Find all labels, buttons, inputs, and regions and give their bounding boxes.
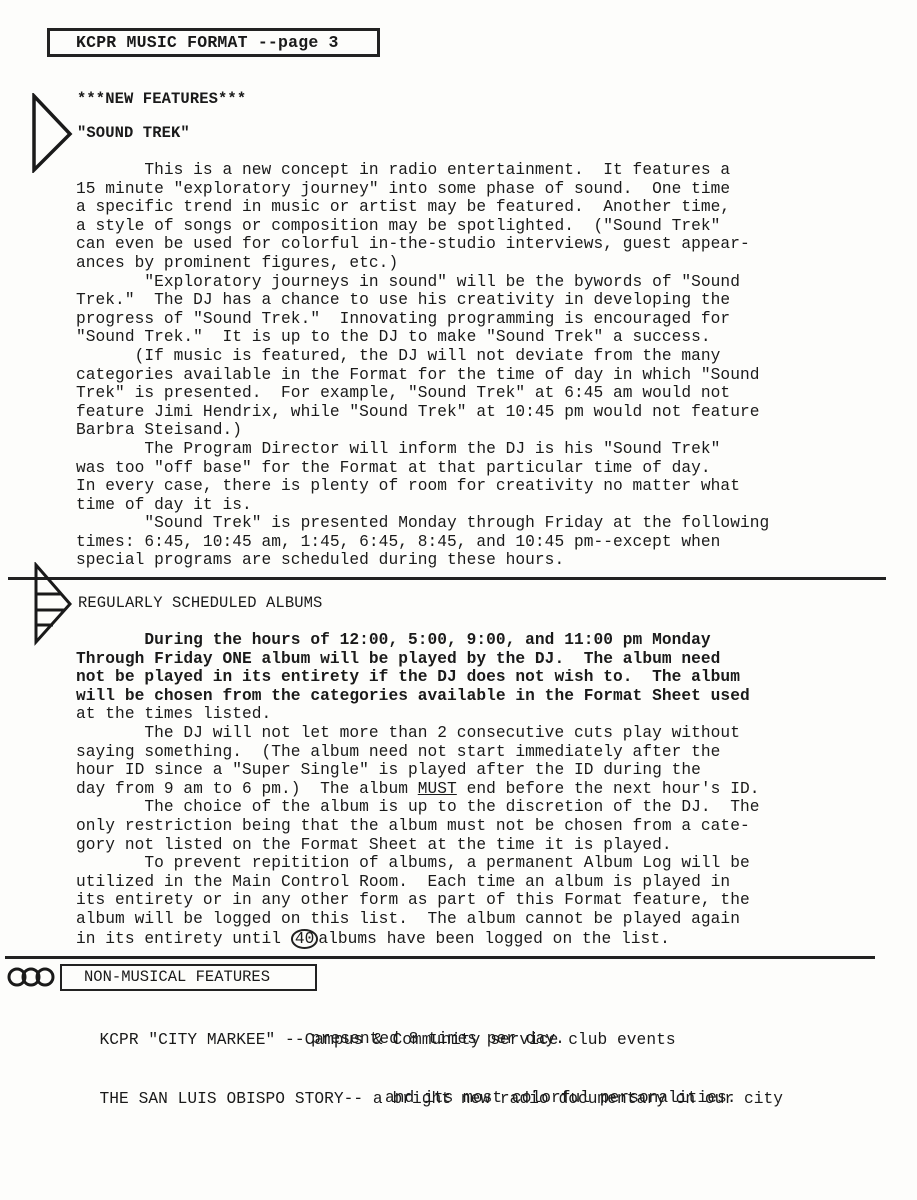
circled-number: 40 [291, 929, 319, 949]
feature-name: THE SAN LUIS OBISPO STORY-- [100, 1090, 364, 1108]
text-line: Trek." The DJ has a chance to use his cr… [76, 291, 769, 310]
text-line: only restriction being that the album mu… [76, 817, 760, 836]
text-line: its entirety or in any other form as par… [76, 891, 760, 910]
text-line: a specific trend in music or artist may … [76, 198, 769, 217]
feature-desc-cont: presented 8 times per day. [311, 1030, 565, 1049]
section-divider [5, 956, 875, 959]
text-line: feature Jimi Hendrix, while "Sound Trek"… [76, 403, 769, 422]
text-line: album will be logged on this list. The a… [76, 910, 760, 929]
text-line: To prevent repitition of albums, a perma… [76, 854, 760, 873]
text-line: special programs are scheduled during th… [76, 551, 769, 570]
text-line: Barbra Steisand.) [76, 421, 769, 440]
text-line: Through Friday ONE album will be played … [76, 650, 760, 669]
text-line: In every case, there is plenty of room f… [76, 477, 769, 496]
text-line: "Sound Trek" is presented Monday through… [76, 514, 769, 533]
page-title: KCPR MUSIC FORMAT --page 3 [76, 33, 339, 52]
text-line: at the times listed. [76, 705, 760, 724]
regular-albums-body: During the hours of 12:00, 5:00, 9:00, a… [76, 631, 760, 949]
feature-desc-cont: and its most colorful personalities. [385, 1089, 737, 1108]
regular-albums-heading: REGULARLY SCHEDULED ALBUMS [78, 594, 322, 612]
text-line: hour ID since a "Super Single" is played… [76, 761, 760, 780]
text-line: gory not listed on the Format Sheet at t… [76, 836, 760, 855]
text-line: "Exploratory journeys in sound" will be … [76, 273, 769, 292]
text-line: time of day it is. [76, 496, 769, 515]
page-title-box: KCPR MUSIC FORMAT --page 3 [47, 28, 380, 57]
emphasis-must: MUST [418, 780, 457, 798]
text-line: will be chosen from the categories avail… [76, 687, 760, 706]
non-musical-heading-box: NON-MUSICAL FEATURES [60, 964, 317, 991]
section-divider [8, 577, 886, 580]
text-line: Trek" is presented. For example, "Sound … [76, 384, 769, 403]
feature-name: KCPR "CITY MARKEE" -- [100, 1031, 305, 1049]
triangle-arrow-icon [30, 93, 74, 173]
sound-trek-heading: "SOUND TREK" [77, 124, 190, 142]
text-line: The Program Director will inform the DJ … [76, 440, 769, 459]
text-line: The choice of the album is up to the dis… [76, 798, 760, 817]
text-line: saying something. (The album need not st… [76, 743, 760, 762]
text-head: day from 9 am to 6 pm.) The album [76, 780, 418, 798]
sound-trek-body: This is a new concept in radio entertain… [76, 161, 769, 570]
text-line: "Sound Trek." It is up to the DJ to make… [76, 328, 769, 347]
text-line: a style of songs or composition may be s… [76, 217, 769, 236]
text-line: was too "off base" for the Format at tha… [76, 459, 769, 478]
text-line: 15 minute "exploratory journey" into som… [76, 180, 769, 199]
text-line: This is a new concept in radio entertain… [76, 161, 769, 180]
text-line: times: 6:45, 10:45 am, 1:45, 6:45, 8:45,… [76, 533, 769, 552]
text-line: day from 9 am to 6 pm.) The album MUST e… [76, 780, 760, 799]
text-line: (If music is featured, the DJ will not d… [76, 347, 769, 366]
text-line: can even be used for colorful in-the-stu… [76, 235, 769, 254]
text-line: progress of "Sound Trek." Innovating pro… [76, 310, 769, 329]
text-line: categories available in the Format for t… [76, 366, 769, 385]
text-line: The DJ will not let more than 2 consecut… [76, 724, 760, 743]
text-tail: end before the next hour's ID. [457, 780, 760, 798]
three-rings-icon [6, 965, 62, 989]
text-line: During the hours of 12:00, 5:00, 9:00, a… [76, 631, 760, 650]
text-line: in its entirety until 40albums have been… [76, 929, 760, 949]
text-line: not be played in its entirety if the DJ … [76, 668, 760, 687]
text-tail: albums have been logged on the list. [318, 930, 670, 948]
non-musical-heading: NON-MUSICAL FEATURES [84, 968, 270, 986]
text-line: utilized in the Main Control Room. Each … [76, 873, 760, 892]
striped-triangle-icon [18, 562, 74, 646]
text-line: ances by prominent figures, etc.) [76, 254, 769, 273]
new-features-heading: ***NEW FEATURES*** [77, 90, 246, 108]
text-head: in its entirety until [76, 930, 291, 948]
